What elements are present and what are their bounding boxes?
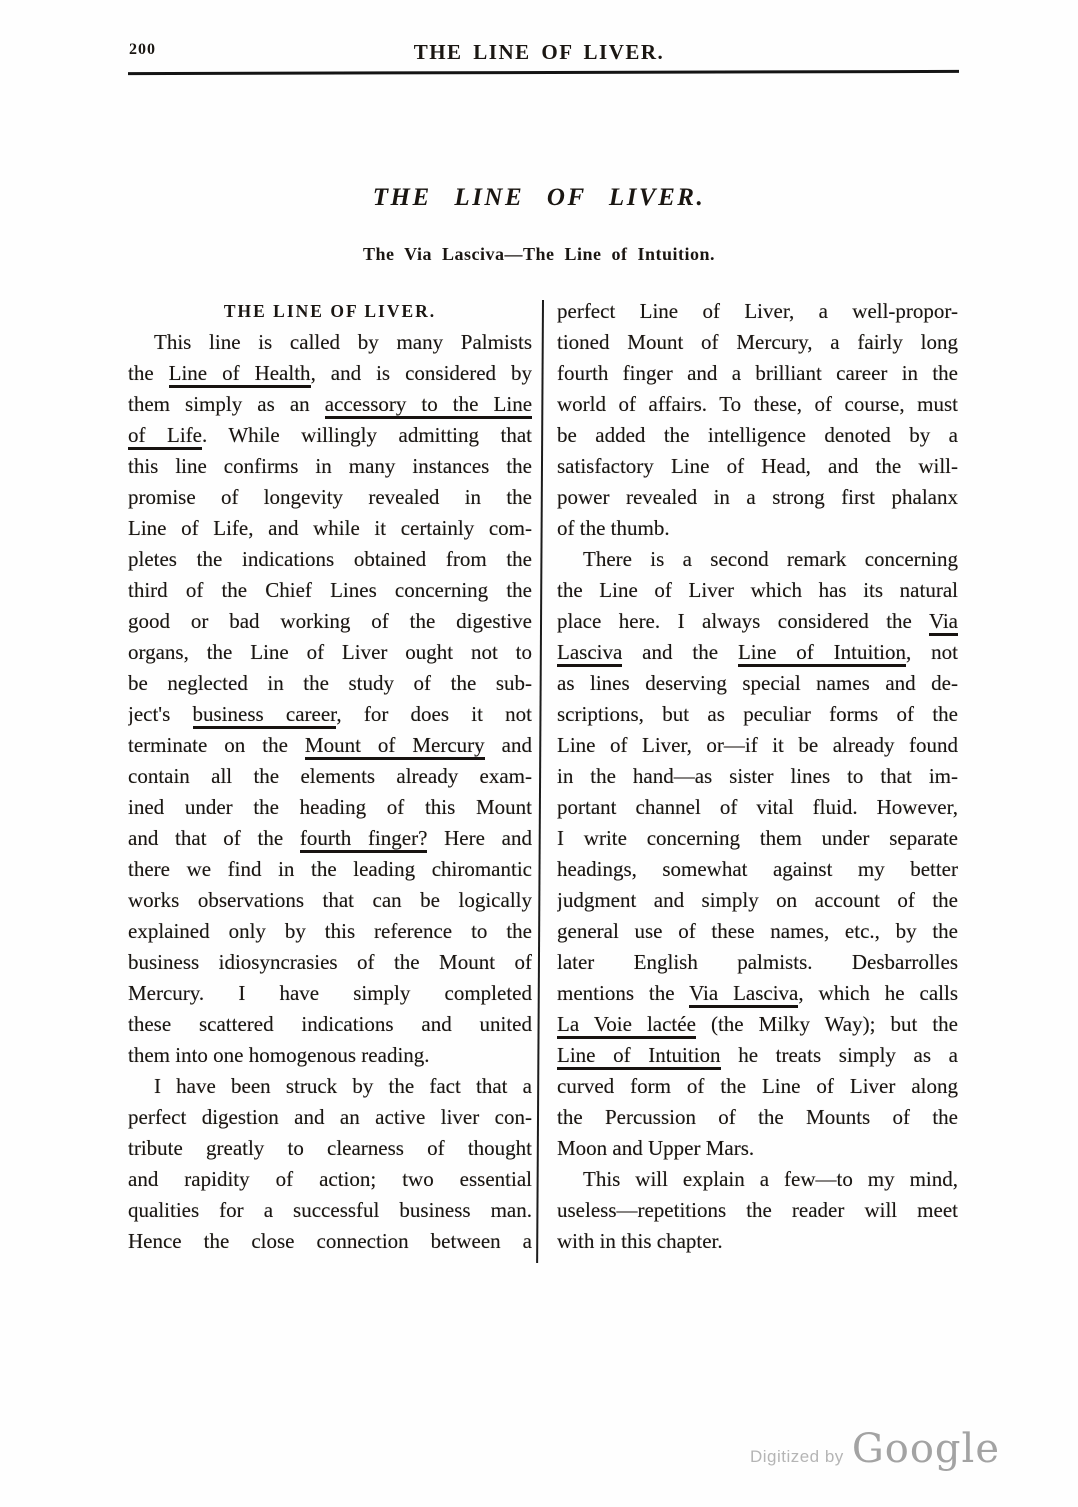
- underlined-phrase: Line of Intuition: [557, 1043, 721, 1070]
- text-line: scriptions, but as peculiar forms of the: [557, 699, 958, 730]
- text-segment: and that of the: [128, 826, 300, 850]
- text-segment: general use of these names, etc., by the: [557, 919, 958, 943]
- underlined-phrase: Line of Intuition: [738, 640, 906, 667]
- text-line: world of affairs. To these, of course, m…: [557, 389, 958, 420]
- google-logo: Google: [852, 1426, 1000, 1472]
- text-segment: business idiosyncrasies of the Mount of: [128, 950, 532, 974]
- text-line: them into one homogenous reading.: [128, 1040, 532, 1071]
- text-segment: portant channel of vital fluid. However,: [557, 795, 958, 819]
- text-segment: headings, somewhat against my better: [557, 857, 958, 881]
- text-segment: the: [128, 361, 169, 385]
- text-segment: pletes the indications obtained from the: [128, 547, 532, 571]
- text-segment: This line is called by many Palmists: [154, 330, 532, 354]
- text-line: useless—repetitions the reader will meet: [557, 1195, 958, 1226]
- text-segment: of the thumb.: [557, 516, 670, 540]
- text-line: place here. I always considered the Via: [557, 606, 958, 637]
- text-line: Line of Life, and while it certainly com…: [128, 513, 532, 544]
- text-line: Lasciva and the Line of Intuition, not: [557, 637, 958, 668]
- text-segment: them into one homogenous reading.: [128, 1043, 430, 1067]
- text-line: of Life. While willingly admitting that: [128, 420, 532, 451]
- text-line: This line is called by many Palmists: [128, 327, 532, 358]
- text-line: tioned Mount of Mercury, a fairly long: [557, 327, 958, 358]
- text-line: of the thumb.: [557, 513, 958, 544]
- right-column: perfect Line of Liver, a well-propor-tio…: [557, 296, 958, 1257]
- text-line: terminate on the Mount of Mercury and: [128, 730, 532, 761]
- book-page: 200 THE LINE OF LIVER. THE LINE OF LIVER…: [0, 0, 1078, 1507]
- text-segment: and the: [622, 640, 738, 664]
- text-line: I have been struck by the fact that a: [128, 1071, 532, 1102]
- text-segment: be neglected in the study of the sub-: [128, 671, 532, 695]
- text-line: Moon and Upper Mars.: [557, 1133, 958, 1164]
- text-segment: the Percussion of the Mounts of the: [557, 1105, 958, 1129]
- text-line: satisfactory Line of Head, and the will-: [557, 451, 958, 482]
- text-line: power revealed in a strong first phalanx: [557, 482, 958, 513]
- text-segment: organs, the Line of Liver ought not to: [128, 640, 532, 664]
- text-segment: I have been struck by the fact that a: [154, 1074, 532, 1098]
- text-line: Mercury. I have simply completed: [128, 978, 532, 1009]
- text-segment: tribute greatly to clearness of thought: [128, 1136, 532, 1160]
- digitized-by-label: Digitized by: [750, 1447, 844, 1467]
- underlined-phrase: Via: [929, 609, 958, 636]
- text-segment: power revealed in a strong first phalanx: [557, 485, 958, 509]
- text-line: general use of these names, etc., by the: [557, 916, 958, 947]
- text-segment: there we find in the leading chiromantic: [128, 857, 532, 881]
- chapter-subtitle: The Via Lasciva—The Line of Intuition.: [0, 244, 1078, 265]
- text-line: headings, somewhat against my better: [557, 854, 958, 885]
- underlined-phrase: Line of Health: [169, 361, 311, 388]
- text-segment: , and is considered by: [311, 361, 532, 385]
- text-line: qualities for a successful business man.: [128, 1195, 532, 1226]
- text-line: judgment and simply on account of the: [557, 885, 958, 916]
- text-line: the Line of Liver which has its natural: [557, 575, 958, 606]
- text-segment: as lines deserving special names and de-: [557, 671, 958, 695]
- text-line: curved form of the Line of Liver along: [557, 1071, 958, 1102]
- text-line: the Line of Health, and is considered by: [128, 358, 532, 389]
- text-segment: mentions the: [557, 981, 689, 1005]
- text-line: be neglected in the study of the sub-: [128, 668, 532, 699]
- text-line: mentions the Via Lasciva, which he calls: [557, 978, 958, 1009]
- text-segment: third of the Chief Lines concerning the: [128, 578, 532, 602]
- text-segment: This will explain a few—to my mind,: [583, 1167, 958, 1191]
- text-line: later English palmists. Desbarrolles: [557, 947, 958, 978]
- text-segment: and rapidity of action; two essential: [128, 1167, 532, 1191]
- text-segment: . While willingly admitting that: [202, 423, 532, 447]
- underlined-phrase: Lasciva: [557, 640, 622, 667]
- text-segment: place here. I always considered the: [557, 609, 929, 633]
- text-line: fourth finger and a brilliant career in …: [557, 358, 958, 389]
- text-line: the Percussion of the Mounts of the: [557, 1102, 958, 1133]
- text-line: there we find in the leading chiromantic: [128, 854, 532, 885]
- text-line: and that of the fourth finger? Here and: [128, 823, 532, 854]
- text-segment: good or bad working of the digestive: [128, 609, 532, 633]
- underlined-phrase: of Life: [128, 423, 202, 450]
- text-segment: useless—repetitions the reader will meet: [557, 1198, 958, 1222]
- text-segment: them simply as an: [128, 392, 325, 416]
- text-line: works observations that can be logically: [128, 885, 532, 916]
- text-segment: Here and: [427, 826, 532, 850]
- underlined-phrase: Via Lasciva: [689, 981, 798, 1008]
- underlined-phrase: La Voie lactée: [557, 1012, 696, 1039]
- underlined-phrase: Mount of Mercury: [305, 733, 485, 760]
- text-segment: Hence the close connection between a: [128, 1229, 532, 1253]
- column-heading: THE LINE OF LIVER.: [128, 296, 532, 327]
- text-segment: satisfactory Line of Head, and the will-: [557, 454, 958, 478]
- text-segment: There is a second remark concerning: [583, 547, 958, 571]
- underlined-phrase: fourth finger?: [300, 826, 428, 853]
- text-line: these scattered indications and united: [128, 1009, 532, 1040]
- underlined-phrase: accessory to the Line: [325, 392, 532, 419]
- footer: Digitized by Google: [750, 1426, 1000, 1472]
- text-line: tribute greatly to clearness of thought: [128, 1133, 532, 1164]
- text-line: pletes the indications obtained from the: [128, 544, 532, 575]
- text-segment: (the Milky Way); but the: [696, 1012, 958, 1036]
- text-line: portant channel of vital fluid. However,: [557, 792, 958, 823]
- underlined-phrase: business career: [193, 702, 337, 729]
- text-line: contain all the elements already exam-: [128, 761, 532, 792]
- column-divider: [536, 300, 544, 1263]
- text-segment: this line confirms in many instances the: [128, 454, 532, 478]
- text-line: with in this chapter.: [557, 1226, 958, 1257]
- text-line: perfect Line of Liver, a well-propor-: [557, 296, 958, 327]
- text-segment: ject's: [128, 702, 193, 726]
- text-segment: I write concerning them under separate: [557, 826, 958, 850]
- text-segment: judgment and simply on account of the: [557, 888, 958, 912]
- text-segment: works observations that can be logically: [128, 888, 532, 912]
- text-line: There is a second remark concerning: [557, 544, 958, 575]
- text-line: ject's business career, for does it not: [128, 699, 532, 730]
- text-segment: ined under the heading of this Mount: [128, 795, 532, 819]
- text-segment: Line of Life, and while it certainly com…: [128, 516, 532, 540]
- text-segment: later English palmists. Desbarrolles: [557, 950, 958, 974]
- text-line: Line of Intuition he treats simply as a: [557, 1040, 958, 1071]
- text-segment: , not: [906, 640, 958, 664]
- text-line: them simply as an accessory to the Line: [128, 389, 532, 420]
- text-line: as lines deserving special names and de-: [557, 668, 958, 699]
- text-line: This will explain a few—to my mind,: [557, 1164, 958, 1195]
- text-segment: perfect digestion and an active liver co…: [128, 1105, 532, 1129]
- left-column: THE LINE OF LIVER. This line is called b…: [128, 296, 532, 1257]
- text-segment: , which he calls: [798, 981, 958, 1005]
- text-segment: these scattered indications and united: [128, 1012, 532, 1036]
- text-segment: curved form of the Line of Liver along: [557, 1074, 958, 1098]
- text-segment: fourth finger and a brilliant career in …: [557, 361, 958, 385]
- text-line: business idiosyncrasies of the Mount of: [128, 947, 532, 978]
- text-segment: qualities for a successful business man.: [128, 1198, 532, 1222]
- text-line: promise of longevity revealed in the: [128, 482, 532, 513]
- header-rule: [128, 70, 959, 75]
- text-segment: scriptions, but as peculiar forms of the: [557, 702, 958, 726]
- text-segment: terminate on the: [128, 733, 305, 757]
- text-line: third of the Chief Lines concerning the: [128, 575, 532, 606]
- text-line: Line of Liver, or—if it be already found: [557, 730, 958, 761]
- text-line: good or bad working of the digestive: [128, 606, 532, 637]
- text-segment: Moon and Upper Mars.: [557, 1136, 754, 1160]
- text-segment: explained only by this reference to the: [128, 919, 532, 943]
- text-segment: tioned Mount of Mercury, a fairly long: [557, 330, 958, 354]
- text-line: explained only by this reference to the: [128, 916, 532, 947]
- text-line: La Voie lactée (the Milky Way); but the: [557, 1009, 958, 1040]
- text-line: organs, the Line of Liver ought not to: [128, 637, 532, 668]
- text-segment: promise of longevity revealed in the: [128, 485, 532, 509]
- text-segment: Mercury. I have simply completed: [128, 981, 532, 1005]
- text-line: ined under the heading of this Mount: [128, 792, 532, 823]
- text-segment: the Line of Liver which has its natural: [557, 578, 958, 602]
- text-segment: he treats simply as a: [721, 1043, 958, 1067]
- text-segment: and: [485, 733, 532, 757]
- text-line: perfect digestion and an active liver co…: [128, 1102, 532, 1133]
- text-line: I write concerning them under separate: [557, 823, 958, 854]
- text-segment: perfect Line of Liver, a well-propor-: [557, 299, 958, 323]
- text-segment: , for does it not: [336, 702, 532, 726]
- text-line: be added the intelligence denoted by a: [557, 420, 958, 451]
- text-segment: Line of Liver, or—if it be already found: [557, 733, 958, 757]
- text-line: this line confirms in many instances the: [128, 451, 532, 482]
- text-segment: contain all the elements already exam-: [128, 764, 532, 788]
- text-line: Hence the close connection between a: [128, 1226, 532, 1257]
- text-segment: world of affairs. To these, of course, m…: [557, 392, 958, 416]
- text-segment: be added the intelligence denoted by a: [557, 423, 958, 447]
- text-line: and rapidity of action; two essential: [128, 1164, 532, 1195]
- text-segment: in the hand—as sister lines to that im-: [557, 764, 958, 788]
- text-line: in the hand—as sister lines to that im-: [557, 761, 958, 792]
- chapter-title: THE LINE OF LIVER.: [0, 184, 1078, 212]
- text-segment: with in this chapter.: [557, 1229, 723, 1253]
- running-title: THE LINE OF LIVER.: [0, 40, 1078, 65]
